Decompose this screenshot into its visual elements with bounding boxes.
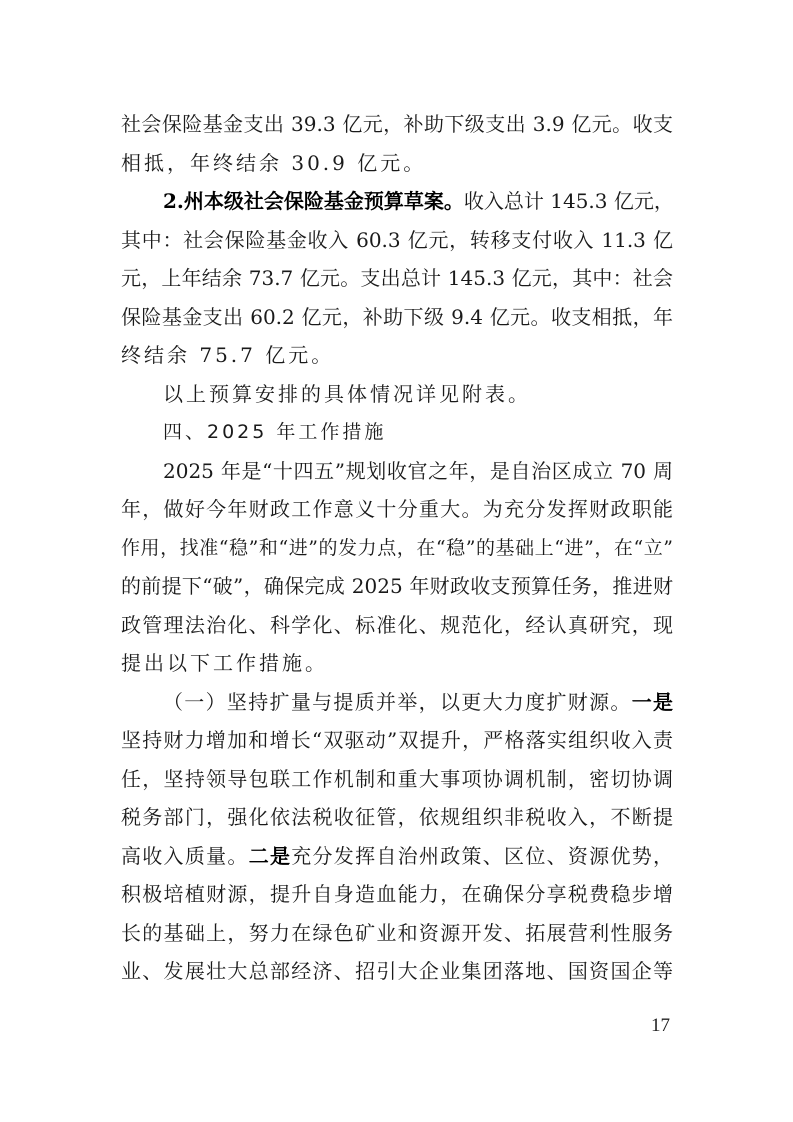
paragraph-line: （一）坚持扩量与提质并举，以更大力度扩财源。一是 [121,683,673,722]
line-text: 政管理法治化、科学化、标准化、规范化，经认真研究，现 [121,613,673,637]
document-page: 社会保险基金支出 39.3 亿元，补助下级支出 3.9 亿元。收支 相抵，年终结… [0,0,793,1122]
line-text: 以上预算安排的具体情况详见附表。 [163,382,531,406]
paragraph-line: 积极培植财源，提升自身造血能力，在确保分享税费稳步增 [121,875,673,914]
line-text: 其中：社会保险基金收入 60.3 亿元，转移支付收入 11.3 亿 [121,228,673,252]
line-text: 保险基金支出 60.2 亿元，补助下级 9.4 亿元。收支相抵，年 [121,305,673,329]
line-text: 税务部门，强化依法税收征管，依规组织非税收入，不断提 [121,805,673,829]
paragraph-line: 长的基础上，努力在绿色矿业和资源开发、拓展营利性服务 [121,914,673,953]
paragraph-line: 业、发展壮大总部经济、招引大企业集团落地、国资国企等 [121,952,673,991]
paragraph-line: 坚持财力增加和增长“双驱动”双提升，严格落实组织收入责 [121,721,673,760]
line-text: 作用，找准“稳”和“进”的发力点，在“稳”的基础上“进”，在“立” [121,537,673,559]
line-text: 收入总计 145.3 亿元， [464,189,674,213]
line-text: 长的基础上，努力在绿色矿业和资源开发、拓展营利性服务 [121,921,673,945]
line-text: 年，做好今年财政工作意义十分重大。为充分发挥财政职能 [121,497,673,521]
line-text: 业、发展壮大总部经济、招引大企业集团落地、国资国企等 [121,959,673,983]
line-text: 高收入质量。 [121,844,249,868]
line-text: 任，坚持领导包联工作机制和重大事项协调机制，密切协调 [121,767,673,791]
paragraph-line: 政管理法治化、科学化、标准化、规范化，经认真研究，现 [121,606,673,645]
section-heading: 四、2025 年工作措施 [121,413,673,452]
paragraph-line: 的前提下“破”，确保完成 2025 年财政收支预算任务，推进财 [121,567,673,606]
line-text: 相抵，年终结余 30.9 亿元。 [121,151,426,175]
heading-text: 四、2025 年工作措施 [163,421,386,443]
paragraph-line: 税务部门，强化依法税收征管，依规组织非税收入，不断提 [121,798,673,837]
emphasis-text: 一是 [632,690,673,714]
paragraph-line: 高收入质量。二是充分发挥自治州政策、区位、资源优势， [121,837,673,876]
line-text: 积极培植财源，提升自身造血能力，在确保分享税费稳步增 [121,882,673,906]
line-text: 终结余 75.7 亿元。 [121,343,334,367]
paragraph-line: 以上预算安排的具体情况详见附表。 [121,375,673,414]
line-text: 坚持财力增加和增长“双驱动”双提升，严格落实组织收入责 [121,728,673,752]
paragraph-line: 作用，找准“稳”和“进”的发力点，在“稳”的基础上“进”，在“立” [121,529,673,568]
paragraph-line: 社会保险基金支出 39.3 亿元，补助下级支出 3.9 亿元。收支 [121,105,673,144]
line-text: 的前提下“破”，确保完成 2025 年财政收支预算任务，推进财 [121,574,673,598]
line-text: 元，上年结余 73.7 亿元。支出总计 145.3 亿元，其中：社会 [121,266,673,290]
line-text: 社会保险基金支出 39.3 亿元，补助下级支出 3.9 亿元。收支 [121,112,673,136]
body-text: 社会保险基金支出 39.3 亿元，补助下级支出 3.9 亿元。收支 相抵，年终结… [121,105,673,991]
paragraph-line: 2.州本级社会保险基金预算草案。收入总计 145.3 亿元， [121,182,673,221]
section-subheading: 2.州本级社会保险基金预算草案。 [163,189,464,213]
paragraph-line: 2025 年是“十四五”规划收官之年，是自治区成立 70 周 [121,452,673,491]
line-text: 2025 年是“十四五”规划收官之年，是自治区成立 70 周 [163,459,673,483]
paragraph-line: 任，坚持领导包联工作机制和重大事项协调机制，密切协调 [121,760,673,799]
paragraph-line: 元，上年结余 73.7 亿元。支出总计 145.3 亿元，其中：社会 [121,259,673,298]
paragraph-line: 保险基金支出 60.2 亿元，补助下级 9.4 亿元。收支相抵，年 [121,298,673,337]
line-text: 充分发挥自治州政策、区位、资源优势， [291,844,673,868]
paragraph-line: 相抵，年终结余 30.9 亿元。 [121,144,673,183]
paragraph-line: 终结余 75.7 亿元。 [121,336,673,375]
line-text: 提出以下工作措施。 [121,651,328,675]
line-text: （一）坚持扩量与提质并举，以更大力度扩财源。 [163,690,632,714]
emphasis-text: 二是 [249,844,292,868]
page-number: 17 [651,1015,670,1037]
paragraph-line: 提出以下工作措施。 [121,644,673,683]
paragraph-line: 年，做好今年财政工作意义十分重大。为充分发挥财政职能 [121,490,673,529]
paragraph-line: 其中：社会保险基金收入 60.3 亿元，转移支付收入 11.3 亿 [121,221,673,260]
